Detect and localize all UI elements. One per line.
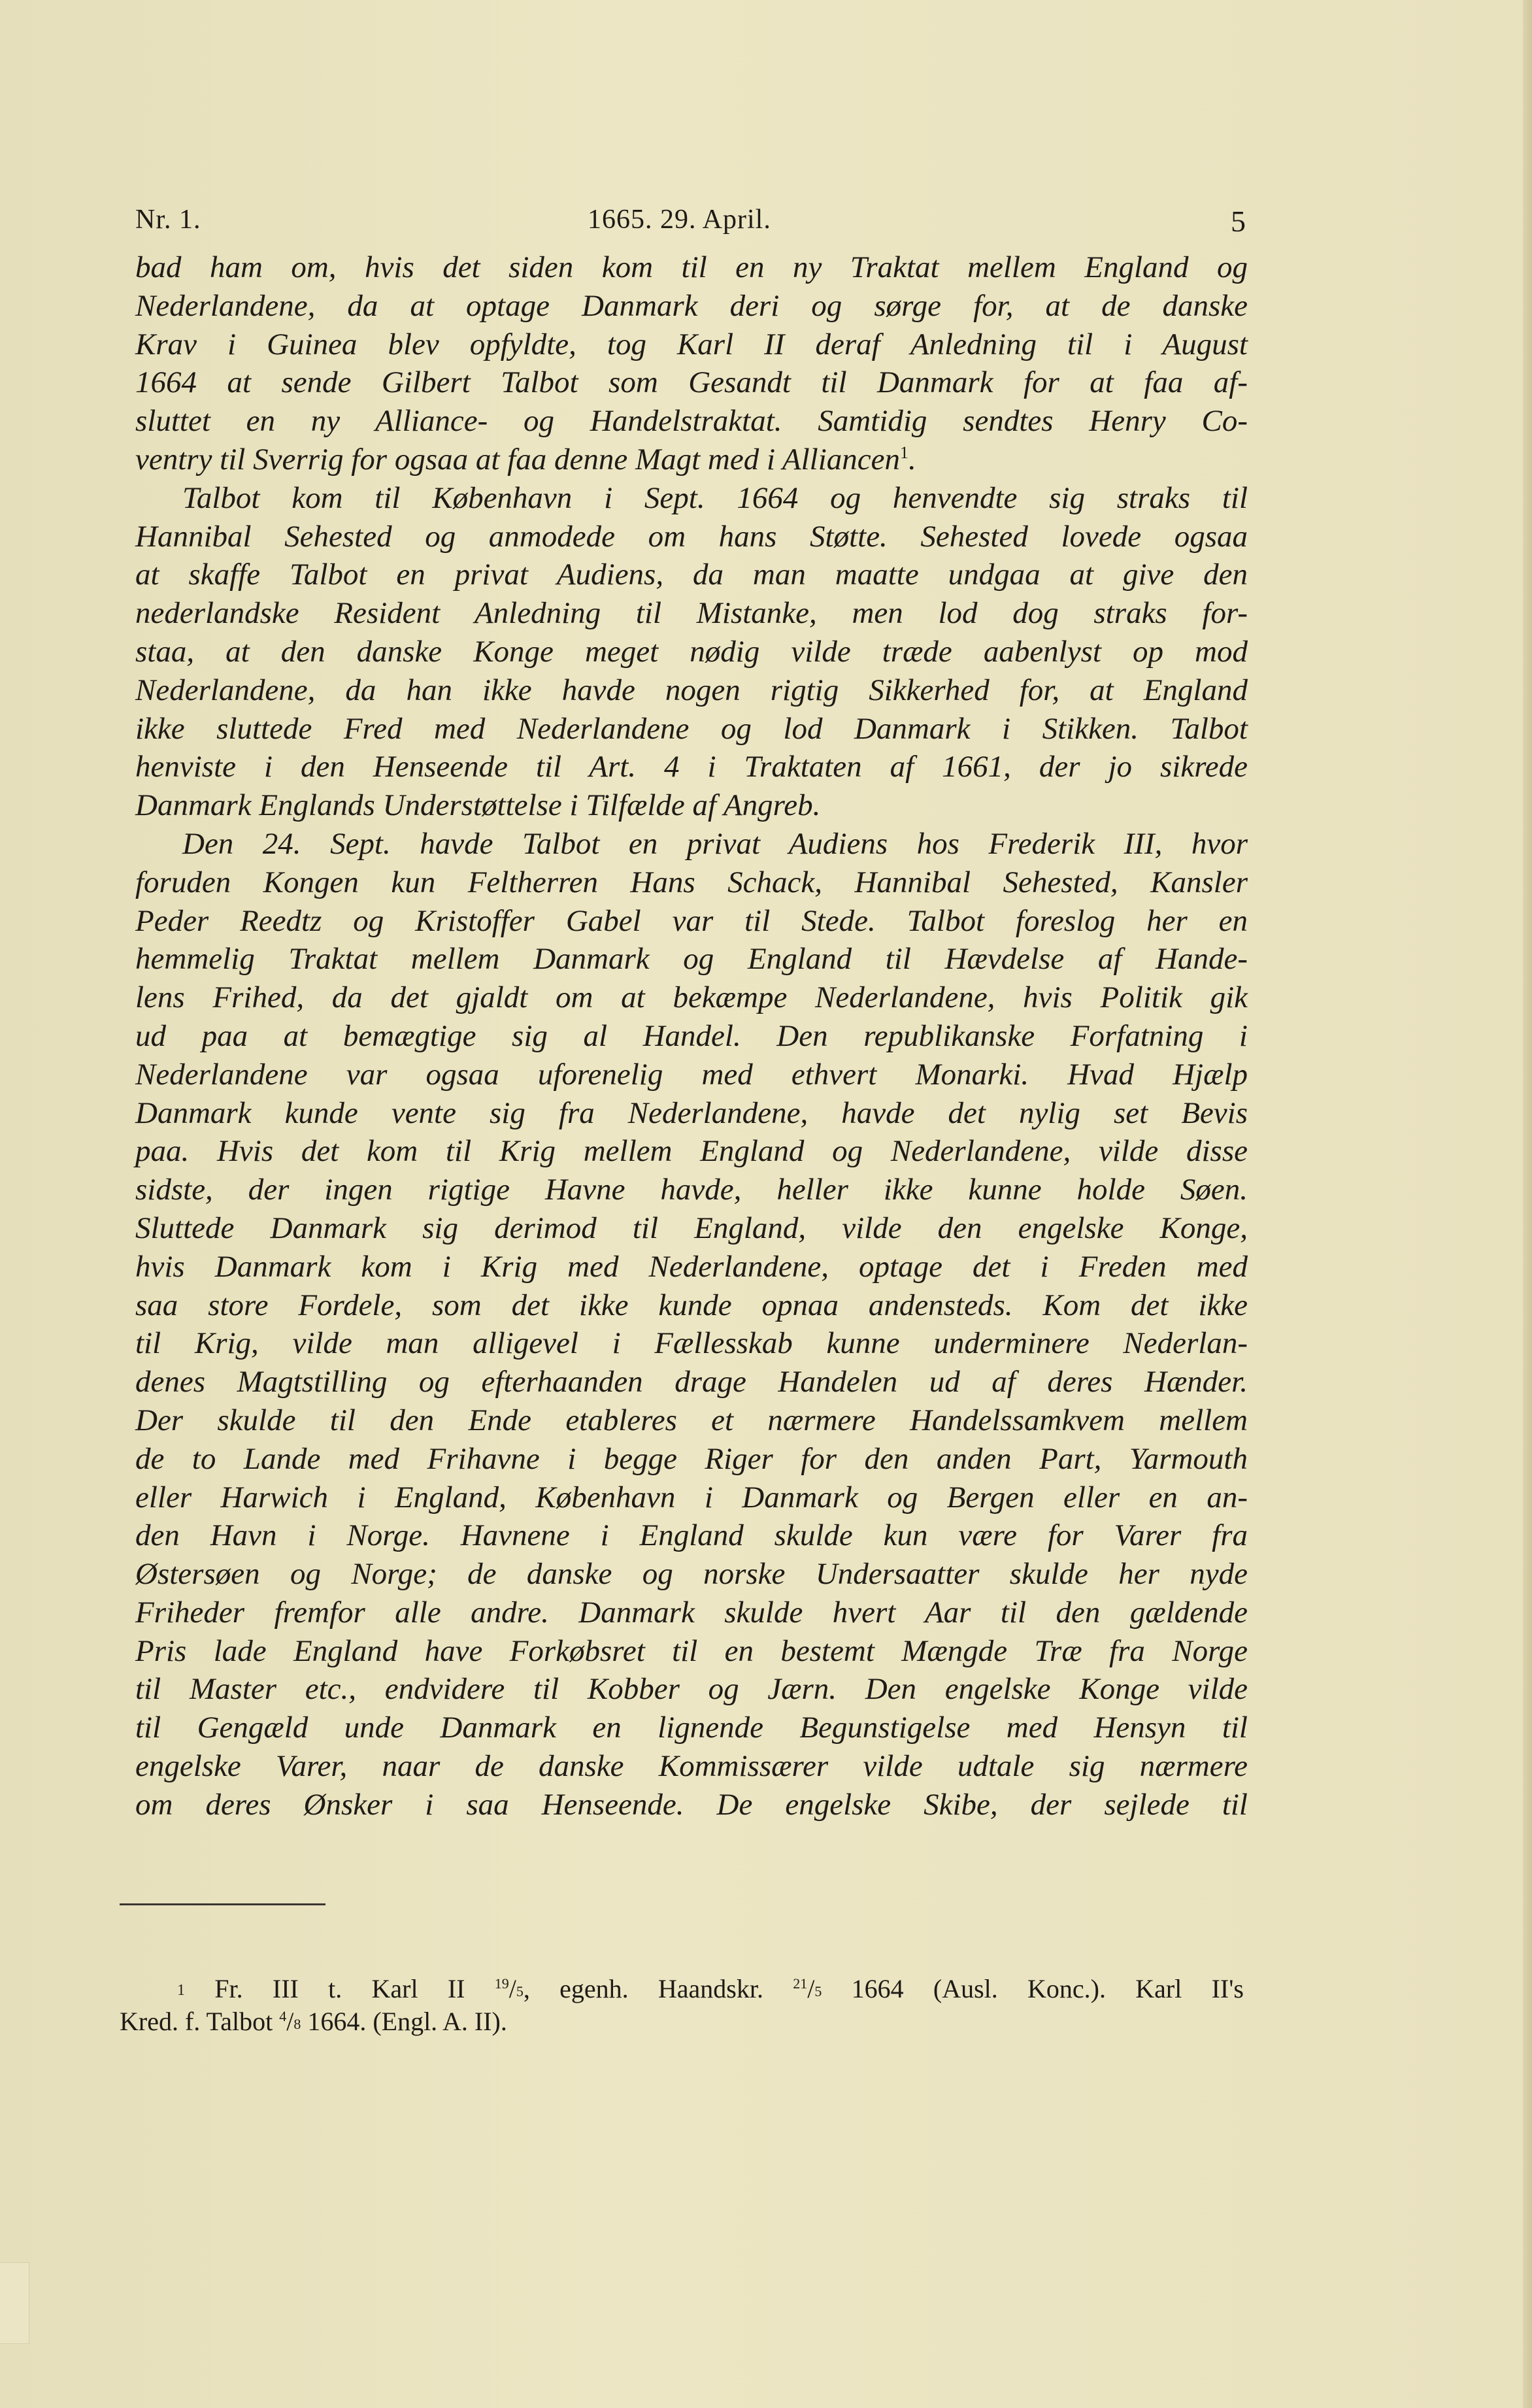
line-text: bad ham om, hvis det siden kom til en ny… <box>135 250 1248 284</box>
text-line: de to Lande med Frihavne i begge Riger f… <box>135 1440 1248 1479</box>
date-fraction: 19/5 <box>495 1974 524 2003</box>
document-date: 1665. 29. April. <box>588 204 771 235</box>
text-line: Nederlandene var ogsaa uforenelig med et… <box>135 1056 1248 1094</box>
footnote-text: , egenh. Haandskr. <box>524 1974 793 2003</box>
text-line: nederlandske Resident Anledning til Mist… <box>135 594 1248 633</box>
line-text: lens Frihed, da det gjaldt om at bekæmpe… <box>135 980 1248 1014</box>
footnote-text: Fr. III t. Karl II <box>214 1974 494 2003</box>
page-number: 5 <box>1231 204 1246 239</box>
text-line: ikke sluttede Fred med Nederlandene og l… <box>135 710 1248 748</box>
line-text: eller Harwich i England, København i Dan… <box>135 1480 1248 1514</box>
date-fraction: 4/8 <box>279 2007 301 2036</box>
text-line: Nederlandene, da han ikke havde nogen ri… <box>135 671 1248 710</box>
line-text: Nederlandene, da at optage Danmark deri … <box>135 289 1248 323</box>
paper-tab <box>0 2262 29 2344</box>
footnote-text: 1664. (Engl. A. II). <box>301 2007 507 2036</box>
line-text: Krav i Guinea blev opfyldte, tog Karl II… <box>135 327 1248 361</box>
text-line: hvis Danmark kom i Krig med Nederlandene… <box>135 1248 1248 1286</box>
text-line: at skaffe Talbot en privat Audiens, da m… <box>135 556 1248 594</box>
line-text: Danmark kunde vente sig fra Nederlandene… <box>135 1096 1248 1130</box>
text-line: Nederlandene, da at optage Danmark deri … <box>135 287 1248 326</box>
text-line: foruden Kongen kun Feltherren Hans Schac… <box>135 863 1248 902</box>
footnote-reference[interactable]: 1 <box>900 443 908 462</box>
line-text: til Gengæld unde Danmark en lignende Beg… <box>135 1711 1248 1745</box>
line-text: saa store Fordele, som det ikke kunde op… <box>135 1288 1248 1322</box>
line-text: hemmelig Traktat mellem Danmark og Engla… <box>135 942 1248 976</box>
line-text: ventry til Sverrig for ogsaa at faa denn… <box>135 443 900 477</box>
line-text: henviste i den Henseende til Art. 4 i Tr… <box>135 750 1248 784</box>
text-line: denes Magtstilling og efterhaanden drage… <box>135 1363 1248 1401</box>
text-line: om deres Ønsker i saa Henseende. De enge… <box>135 1786 1248 1824</box>
footnote-divider <box>120 1903 325 1905</box>
text-line: ud paa at bemægtige sig al Handel. Den r… <box>135 1017 1248 1056</box>
text-line: den Havn i Norge. Havnene i England skul… <box>135 1516 1248 1555</box>
text-line: til Gengæld unde Danmark en lignende Beg… <box>135 1709 1248 1747</box>
line-text: nederlandske Resident Anledning til Mist… <box>135 596 1248 630</box>
line-text: Nederlandene var ogsaa uforenelig med et… <box>135 1058 1248 1092</box>
text-line: saa store Fordele, som det ikke kunde op… <box>135 1286 1248 1325</box>
text-line: Friheder fremfor alle andre. Danmark sku… <box>135 1594 1248 1632</box>
page-edge <box>1523 0 1532 2408</box>
text-line: Danmark Englands Understøttelse i Tilfæl… <box>135 786 1248 825</box>
text-line: hemmelig Traktat mellem Danmark og Engla… <box>135 940 1248 978</box>
footnote-line: 1 Fr. III t. Karl II 19/5, egenh. Haands… <box>120 1973 1244 2005</box>
line-text: 1664 at sende Gilbert Talbot som Gesandt… <box>135 365 1248 399</box>
line-text: til Krig, vilde man alligevel i Fællessk… <box>135 1326 1248 1360</box>
line-text: Friheder fremfor alle andre. Danmark sku… <box>135 1596 1248 1630</box>
line-text: Danmark Englands Understøttelse i Tilfæl… <box>135 788 820 822</box>
text-line: 1664 at sende Gilbert Talbot som Gesandt… <box>135 363 1248 402</box>
punctuation: . <box>908 443 916 477</box>
text-line: henviste i den Henseende til Art. 4 i Tr… <box>135 748 1248 786</box>
text-line: Krav i Guinea blev opfyldte, tog Karl II… <box>135 326 1248 364</box>
footnote-line: Kred. f. Talbot 4/8 1664. (Engl. A. II). <box>120 2005 1244 2038</box>
text-line: Der skulde til den Ende etableres et nær… <box>135 1401 1248 1440</box>
footnotes: 1 Fr. III t. Karl II 19/5, egenh. Haands… <box>120 1973 1244 2038</box>
text-line: eller Harwich i England, København i Dan… <box>135 1479 1248 1517</box>
line-text: hvis Danmark kom i Krig med Nederlandene… <box>135 1250 1248 1284</box>
line-text: til Master etc., endvidere til Kobber og… <box>135 1672 1248 1706</box>
text-line: til Master etc., endvidere til Kobber og… <box>135 1670 1248 1709</box>
line-text: de to Lande med Frihavne i begge Riger f… <box>135 1442 1248 1476</box>
line-text: Nederlandene, da han ikke havde nogen ri… <box>135 673 1248 707</box>
line-text: om deres Ønsker i saa Henseende. De enge… <box>135 1788 1248 1822</box>
line-text: ikke sluttede Fred med Nederlandene og l… <box>135 712 1248 746</box>
text-line: sluttet en ny Alliance- og Handelstrakta… <box>135 402 1248 441</box>
text-line: Pris lade England have Forkøbsret til en… <box>135 1632 1248 1671</box>
line-text: den Havn i Norge. Havnene i England skul… <box>135 1518 1248 1552</box>
text-line: Talbot kom til København i Sept. 1664 og… <box>135 479 1248 518</box>
line-text: at skaffe Talbot en privat Audiens, da m… <box>135 558 1248 592</box>
line-text: staa, at den danske Konge meget nødig vi… <box>135 635 1248 669</box>
line-text: denes Magtstilling og efterhaanden drage… <box>135 1365 1248 1399</box>
text-line: Danmark kunde vente sig fra Nederlandene… <box>135 1094 1248 1133</box>
line-text: Hannibal Sehested og anmodede om hans St… <box>135 520 1248 554</box>
line-text: Sluttede Danmark sig derimod til England… <box>135 1211 1248 1245</box>
line-text: engelske Varer, naar de danske Kommissær… <box>135 1749 1248 1783</box>
line-text: foruden Kongen kun Feltherren Hans Schac… <box>135 865 1248 899</box>
text-line: Peder Reedtz og Kristoffer Gabel var til… <box>135 902 1248 941</box>
text-line: staa, at den danske Konge meget nødig vi… <box>135 633 1248 671</box>
line-text: Der skulde til den Ende etableres et nær… <box>135 1403 1248 1437</box>
body-text: bad ham om, hvis det siden kom til en ny… <box>135 248 1248 1824</box>
line-text: paa. Hvis det kom til Krig mellem Englan… <box>135 1134 1248 1168</box>
line-text: ud paa at bemægtige sig al Handel. Den r… <box>135 1019 1248 1053</box>
footnote-text: Kred. f. Talbot <box>120 2007 279 2036</box>
text-line: paa. Hvis det kom til Krig mellem Englan… <box>135 1132 1248 1171</box>
text-line: til Krig, vilde man alligevel i Fællessk… <box>135 1324 1248 1363</box>
line-text: Peder Reedtz og Kristoffer Gabel var til… <box>135 904 1248 938</box>
text-line: Sluttede Danmark sig derimod til England… <box>135 1209 1248 1248</box>
text-line: ventry til Sverrig for ogsaa at faa denn… <box>135 441 1248 479</box>
line-text: sluttet en ny Alliance- og Handelstrakta… <box>135 404 1248 438</box>
line-text: Østersøen og Norge; de danske og norske … <box>135 1557 1248 1591</box>
text-line: bad ham om, hvis det siden kom til en ny… <box>135 248 1248 287</box>
text-line: Den 24. Sept. havde Talbot en privat Aud… <box>135 825 1248 863</box>
text-line: Hannibal Sehested og anmodede om hans St… <box>135 518 1248 556</box>
footnote-mark: 1 <box>177 1982 185 1999</box>
line-text: Pris lade England have Forkøbsret til en… <box>135 1634 1248 1668</box>
date-fraction: 21/5 <box>793 1974 822 2003</box>
footnote-text: 1664 (Ausl. Konc.). Karl II's <box>822 1974 1244 2003</box>
document-number: Nr. 1. <box>135 204 201 235</box>
text-line: sidste, der ingen rigtige Havne havde, h… <box>135 1171 1248 1209</box>
line-text: Talbot kom til København i Sept. 1664 og… <box>182 481 1248 515</box>
text-line: lens Frihed, da det gjaldt om at bekæmpe… <box>135 978 1248 1017</box>
line-text: sidste, der ingen rigtige Havne havde, h… <box>135 1173 1248 1207</box>
text-line: Østersøen og Norge; de danske og norske … <box>135 1555 1248 1594</box>
line-text: Den 24. Sept. havde Talbot en privat Aud… <box>182 827 1248 861</box>
running-header: Nr. 1. 1665. 29. April. 5 <box>135 204 1246 243</box>
text-line: engelske Varer, naar de danske Kommissær… <box>135 1747 1248 1786</box>
